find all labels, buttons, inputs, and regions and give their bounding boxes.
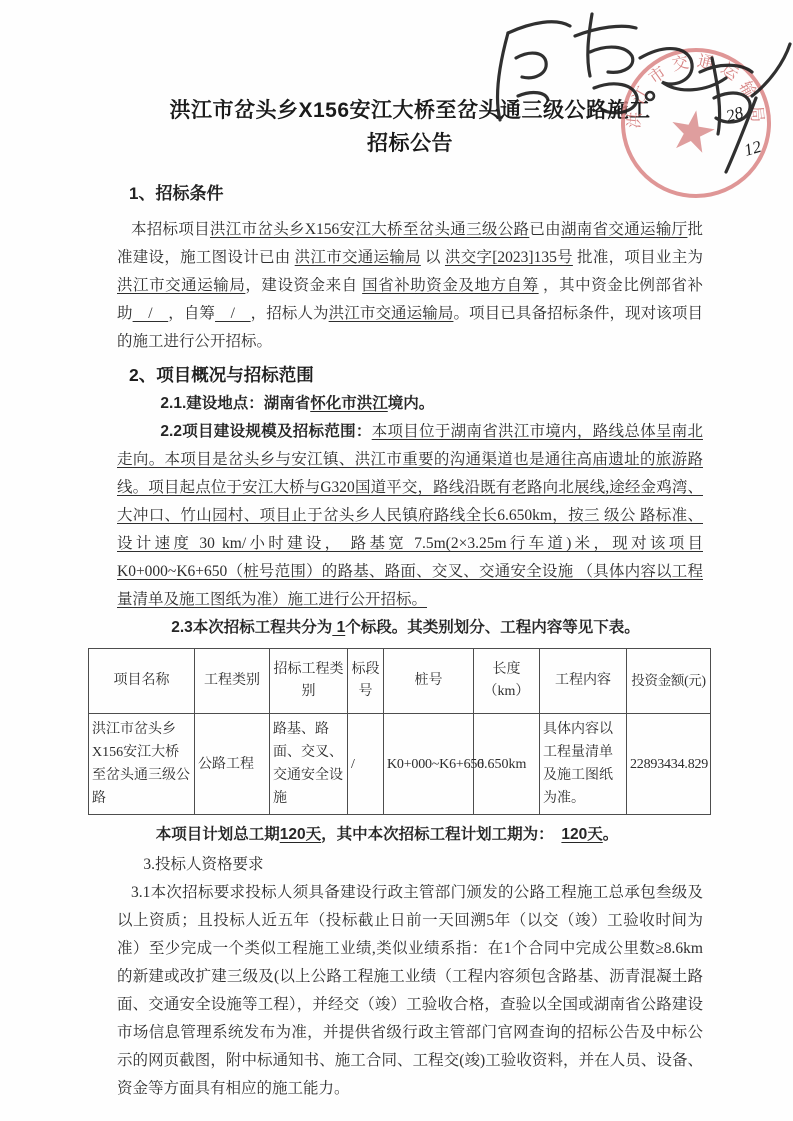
header-project-category: 工程类别 xyxy=(195,649,270,714)
text-segment: ，自筹 xyxy=(168,305,215,322)
text-segment: 2.2项目建设规模及招标范围： xyxy=(160,423,371,440)
document-title: 洪江市岔头乡X156安江大桥至岔头通三级公路施工 招标公告 xyxy=(117,94,703,160)
text-segment: 个标段。其类别划分、工程内容等见下表。 xyxy=(345,619,640,636)
header-bid-work-category: 招标工程类别 xyxy=(270,649,348,714)
clause-2-1: 2.1.建设地点：湖南省怀化市洪江境内。 xyxy=(117,390,703,418)
underlined-text: 1 xyxy=(332,619,345,636)
bid-sections-table: 项目名称 工程类别 招标工程类别 标段号 桩号 长度（km） 工程内容 投资金额… xyxy=(88,648,711,815)
header-investment: 投资金额(元) xyxy=(627,649,711,714)
cell-section-number: / xyxy=(348,714,384,815)
text-segment: ，招标人为 xyxy=(251,305,329,322)
text-segment: 已由 xyxy=(529,221,561,238)
header-pile-number: 桩号 xyxy=(384,649,474,714)
cell-work-content: 具体内容以工程量清单及施工图纸为准。 xyxy=(540,714,627,815)
duration-line: 本项目计划总工期120天，其中本次招标工程计划工期为： 120天。 xyxy=(117,821,703,849)
text-segment: 境内。 xyxy=(388,395,435,412)
text-segment: 。 xyxy=(603,826,619,843)
cell-project-category: 公路工程 xyxy=(195,714,270,815)
cell-pile-number: K0+000~K6+650 xyxy=(384,714,474,815)
cell-bid-work-category: 路基、路面、交叉、交通安全设施 xyxy=(270,714,348,815)
cell-project-name: 洪江市岔头乡X156安江大桥至岔头通三级公路 xyxy=(89,714,195,815)
cell-length-km: 6.650km xyxy=(474,714,540,815)
text-segment: 本招标项目 xyxy=(131,221,210,238)
section-2-heading: 2、项目概况与招标范围 xyxy=(129,362,703,388)
title-line-2: 招标公告 xyxy=(367,132,453,155)
table-header-row: 项目名称 工程类别 招标工程类别 标段号 桩号 长度（km） 工程内容 投资金额… xyxy=(89,649,711,714)
underlined-text: 洪江市交通运输局 xyxy=(295,249,421,266)
text-segment: 批准，项目业主为 xyxy=(573,249,703,266)
underlined-text: 国省补助资金及地方自筹 xyxy=(362,277,539,294)
underlined-text: 怀化市洪江 xyxy=(310,395,388,412)
text-segment: 本项目计划总工期 xyxy=(156,826,280,843)
section-1-heading: 1、招标条件 xyxy=(129,182,703,206)
underlined-text: 本项目位于湖南省洪江市境内，路线总体呈南北走向。本项目是岔头乡与安江镇、洪江市重… xyxy=(117,423,703,608)
underlined-text: 120天 xyxy=(561,826,602,843)
underlined-text: / xyxy=(215,305,251,322)
header-length-km: 长度（km） xyxy=(474,649,540,714)
text-segment: 2.3本次招标工程共分为 xyxy=(171,619,332,636)
underlined-text: 洪交字[2023]135号 xyxy=(445,249,573,266)
table-row: 洪江市岔头乡X156安江大桥至岔头通三级公路 公路工程 路基、路面、交叉、交通安… xyxy=(89,714,711,815)
text-segment: ，建设资金来自 xyxy=(245,277,362,294)
section-1-paragraph: 本招标项目洪江市岔头乡X156安江大桥至岔头通三级公路已由湖南省交通运输厅批准建… xyxy=(117,216,703,356)
underlined-text: 湖南省交通运输厅 xyxy=(561,221,687,238)
text-segment: ，其中本次招标工程计划工期为： xyxy=(321,826,561,843)
text-segment: 以 xyxy=(421,249,445,266)
cell-investment: 22893434.829 xyxy=(627,714,711,815)
underlined-text: 洪江市岔头乡X156安江大桥至岔头通三级公路 xyxy=(210,221,529,238)
section-3-heading: 3.投标人资格要求 xyxy=(117,851,703,879)
header-work-content: 工程内容 xyxy=(540,649,627,714)
header-project-name: 项目名称 xyxy=(89,649,195,714)
clause-2-2: 2.2项目建设规模及招标范围：本项目位于湖南省洪江市境内，路线总体呈南北走向。本… xyxy=(117,418,703,614)
underlined-text: 120天 xyxy=(280,826,321,843)
title-line-1: 洪江市岔头乡X156安江大桥至岔头通三级公路施工 xyxy=(169,99,650,122)
document-page: 洪江市岔头乡X156安江大桥至岔头通三级公路施工 招标公告 1、招标条件 本招标… xyxy=(0,0,793,1121)
clause-2-3: 2.3本次招标工程共分为 1个标段。其类别划分、工程内容等见下表。 xyxy=(117,614,703,642)
underlined-text: / xyxy=(133,305,169,322)
text-segment: 2.1.建设地点：湖南省 xyxy=(160,395,310,412)
clause-3-1: 3.1本次招标要求投标人须具备建设行政主管部门颁发的公路工程施工总承包叁级及以上… xyxy=(117,879,703,1103)
underlined-text: 洪江市交通运输局 xyxy=(329,305,454,322)
underlined-text: 洪江市交通运输局 xyxy=(117,277,245,294)
document-content: 洪江市岔头乡X156安江大桥至岔头通三级公路施工 招标公告 1、招标条件 本招标… xyxy=(0,0,793,1103)
header-section-number: 标段号 xyxy=(348,649,384,714)
